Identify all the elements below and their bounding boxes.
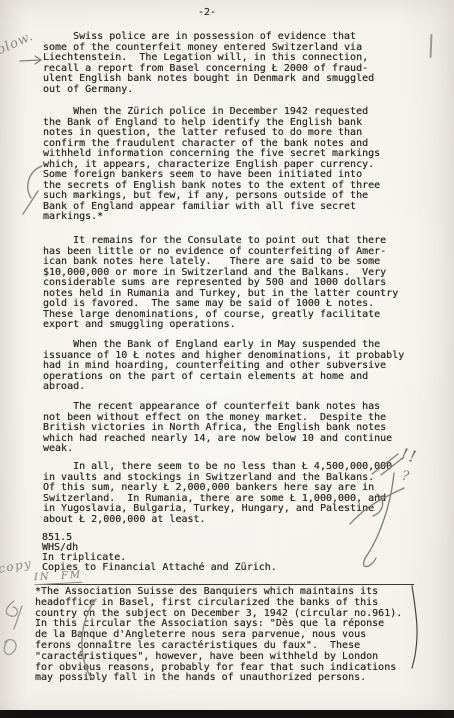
margin-arrow-head [35,56,41,64]
initials-loop-stroke-2 [4,640,16,655]
margin-arrow-shaft [20,60,40,61]
handwritten-routing-note: IN FM [34,570,83,586]
paragraph-swiss-police: Swiss police are in possession of eviden… [43,32,374,95]
paragraph-zurich-police: When the Zürich police in December 1942 … [43,107,380,223]
handwritten-exclamation-marks: !! [399,444,420,467]
initials-tail-stroke [14,606,22,629]
margin-slash-stroke [23,191,38,214]
handwritten-below-note: olow. [0,29,36,58]
paragraph-money-market: The recent appearance of counterfeit ban… [43,402,392,455]
footnote-separator-line [37,584,414,585]
footnote-right-line-stroke [412,586,417,668]
reference-block: 851.5 WHS/dh In triplicate. Copies to Fi… [42,533,277,573]
paragraph-consulate: It remains for the Consulate to point ou… [43,236,398,331]
paragraph-totals: In all, there seem to be no less than Ł … [43,462,392,525]
margin-bracket-stroke [28,166,42,198]
scan-edge-bar [0,710,454,718]
page-number: -2- [198,7,216,18]
scanned-document-page: -2- Swiss police are in possession of ev… [0,0,454,718]
initials-loop-stroke-1 [6,601,17,616]
paragraph-bank-suspension: When the Bank of England early in May su… [43,340,404,393]
margin-pencil-line [430,34,433,58]
handwritten-copy-note: copy [0,556,33,576]
footnote: *The Association Suisse des Banquiers wh… [35,587,402,684]
handwritten-question-mark: ? [401,469,410,485]
